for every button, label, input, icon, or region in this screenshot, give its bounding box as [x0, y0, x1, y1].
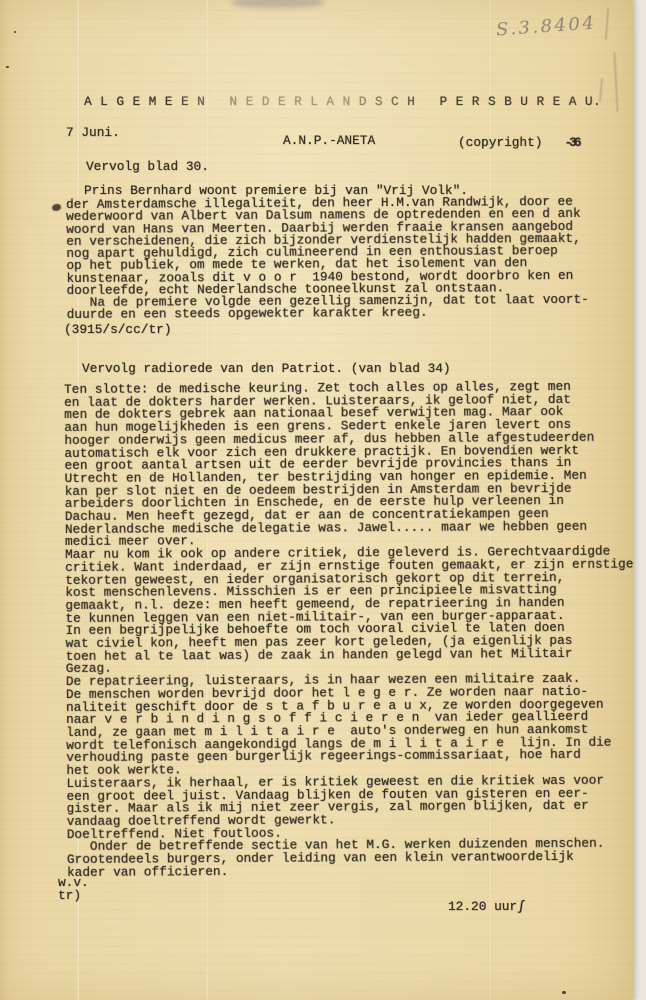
- issue-number: -36: [564, 135, 578, 150]
- pencil-scribble: [605, 8, 609, 40]
- scanner-smudge: [232, 0, 324, 8]
- continuation-note: Vervolg blad 30.: [86, 161, 209, 174]
- pencil-scribble: [613, 52, 618, 112]
- article-body: der Amsterdamsche illegaliteit, den heer…: [66, 196, 589, 322]
- copyright-label: (copyright): [458, 135, 542, 150]
- ink-blot: [52, 204, 61, 211]
- paper-speck: [6, 66, 9, 68]
- agency-abbreviation: A.N.P.-ANETA: [283, 135, 375, 148]
- wire-code: (3915/s/cc/tr): [64, 324, 172, 337]
- article-body: Ten slotte: de medische keuring. Zet toc…: [64, 381, 635, 880]
- document-page: S.3.8404 A L G E M E E N N E D E R L A N…: [0, 0, 633, 1000]
- paper-speck: [562, 991, 566, 994]
- archive-number-annotation: S.3.8404: [495, 13, 597, 41]
- signoff-initials: w.v. tr): [58, 877, 89, 902]
- article-title: Vervolg radiorede van den Patriot. (van …: [82, 363, 451, 376]
- time-stamp: 12.20 uur∫: [448, 901, 526, 914]
- press-bureau-name: A L G E M E E N N E D E R L A N D S C H …: [84, 96, 601, 109]
- date-line: 7 Juni.: [66, 127, 120, 140]
- checkmark-flourish: ∫: [516, 900, 526, 914]
- paper-speck: [14, 31, 16, 33]
- copyright-note: (copyright) -36: [458, 137, 579, 150]
- time-text: 12.20 uur: [448, 899, 517, 914]
